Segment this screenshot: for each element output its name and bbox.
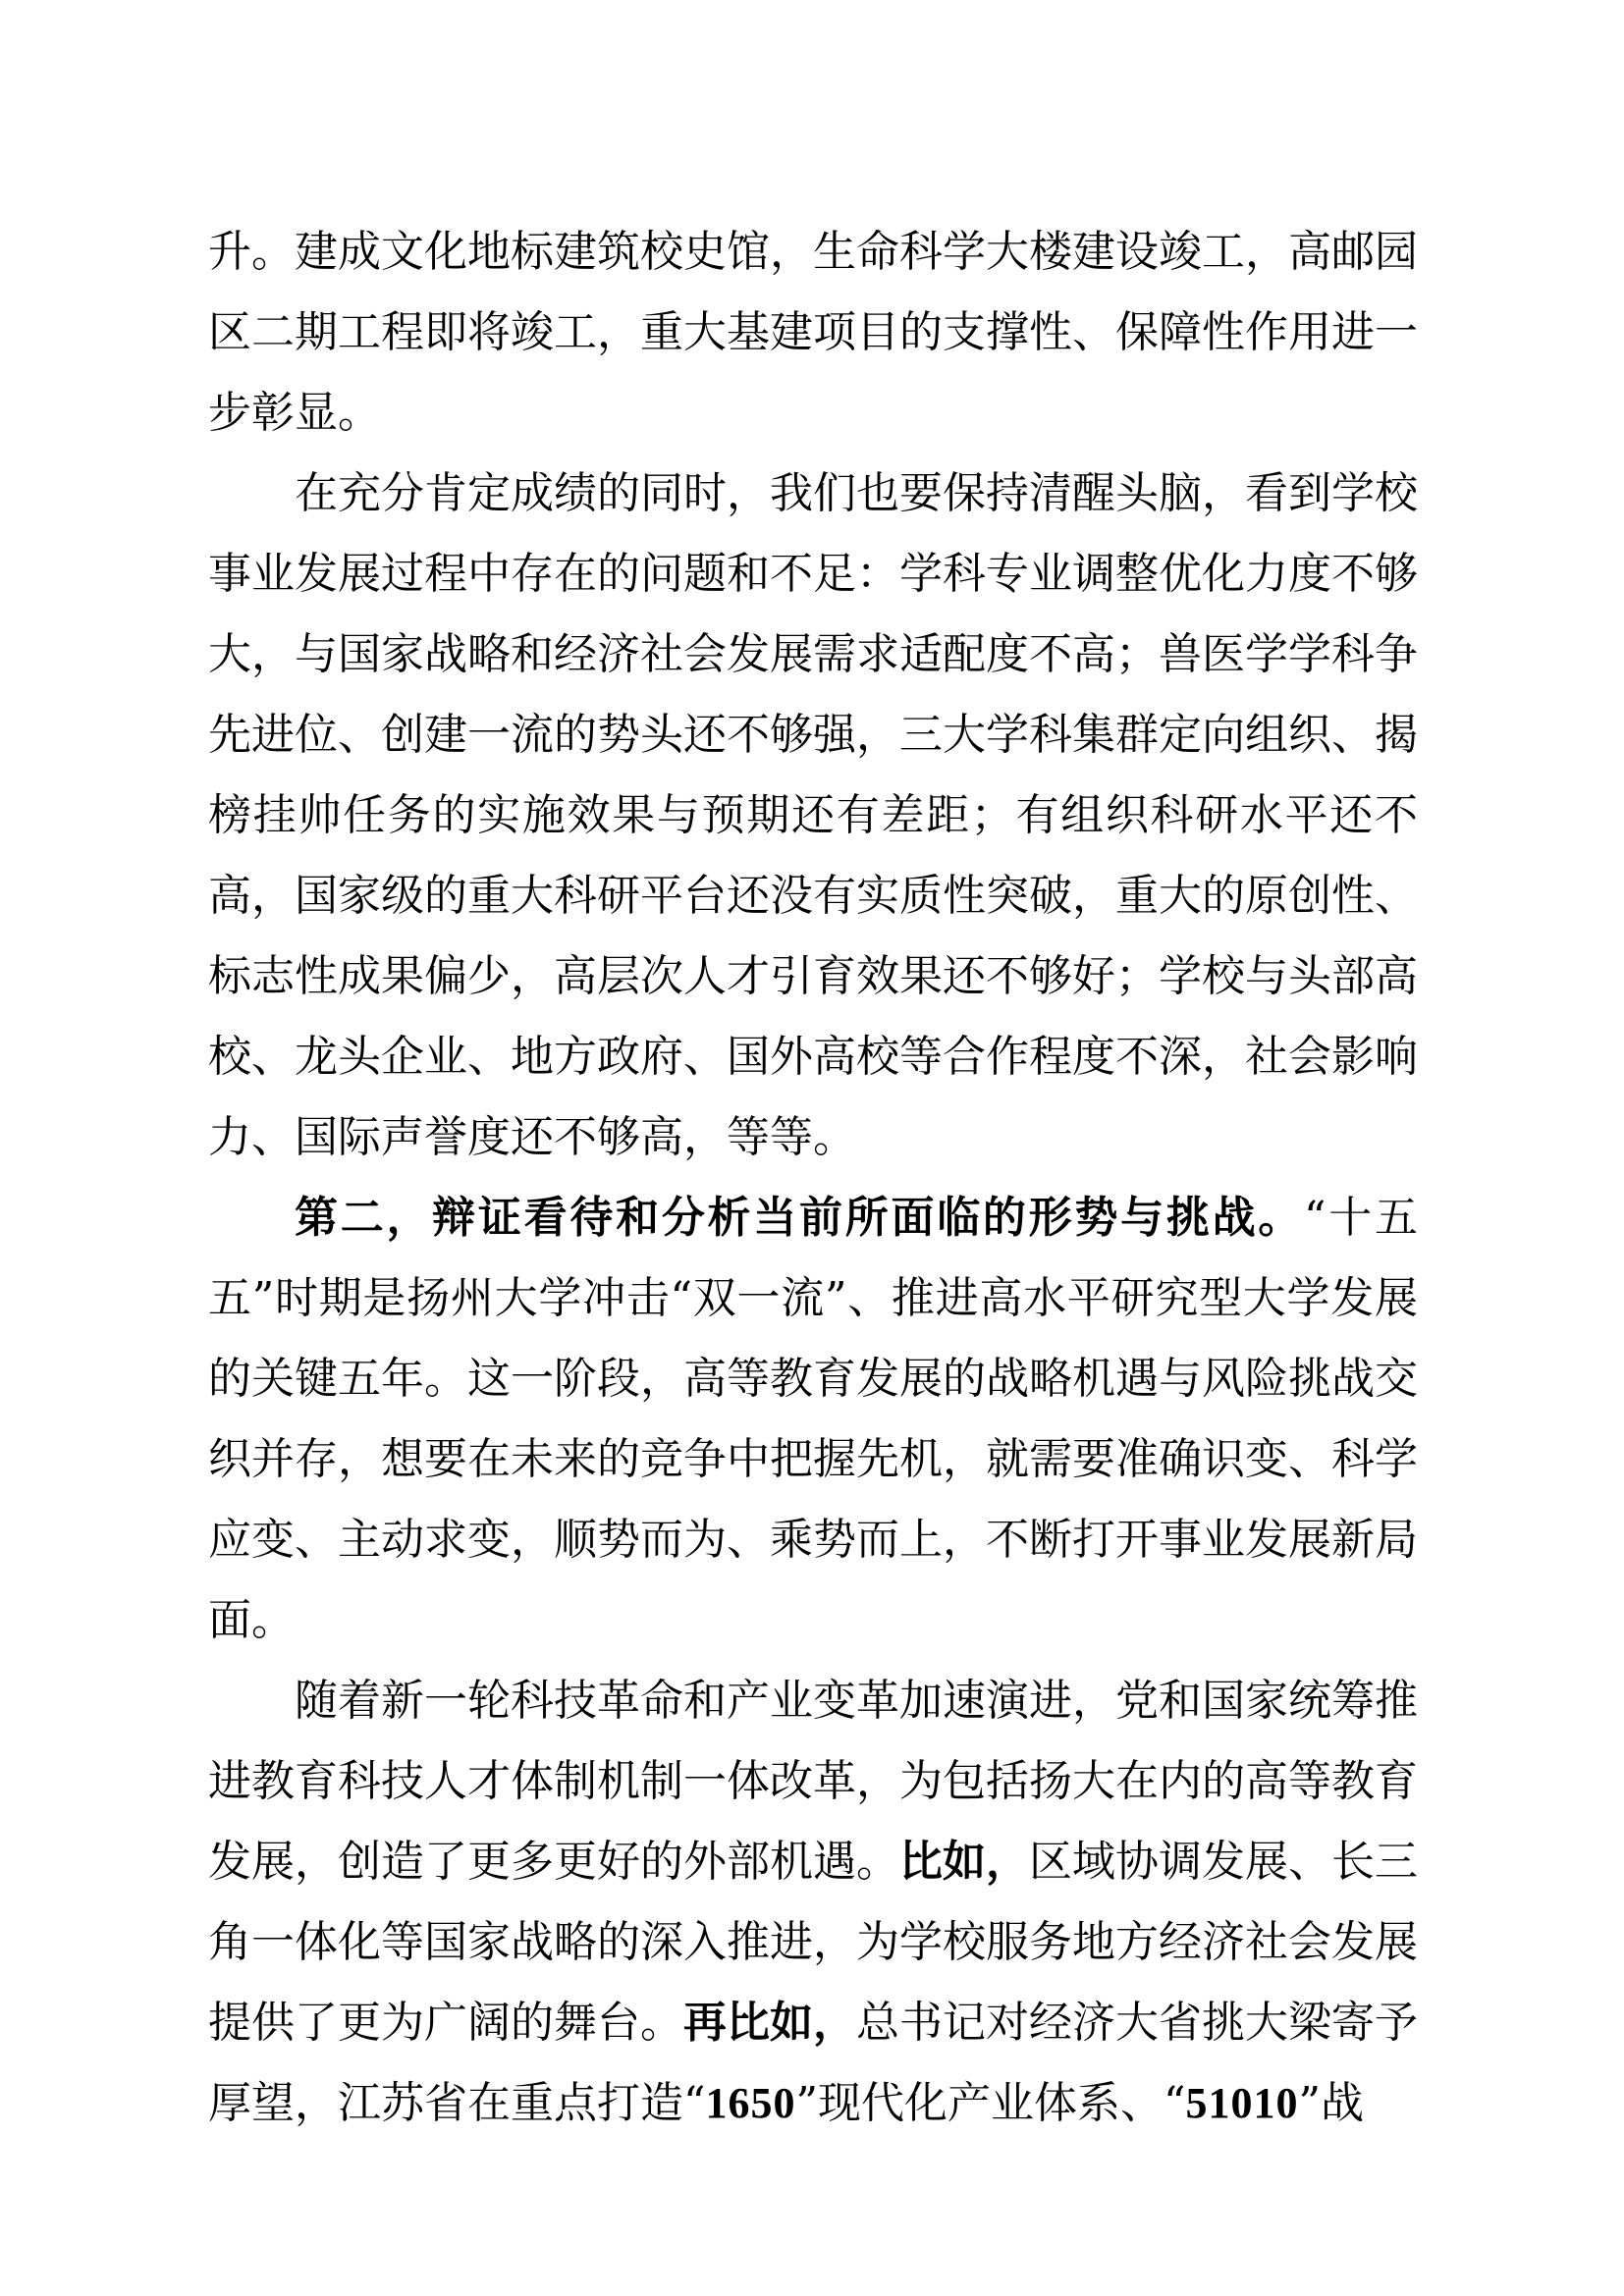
text-run: 升。建成文化地标建筑校史馆，生命科学大楼建设竣工，高邮园区二期工程即将竣工，重大… [208, 227, 1418, 438]
paragraph-4: 随着新一轮科技革命和产业变革加速演进，党和国家统筹推进教育科技人才体制机制一体改… [208, 1661, 1418, 2144]
text-run: ”战 [1299, 2078, 1365, 2128]
text-run: 比如， [899, 1837, 1029, 1887]
text-run: ”现代化产业体系、“ [796, 2078, 1186, 2128]
document-body: 升。建成文化地标建筑校史馆，生命科学大楼建设竣工，高邮园区二期工程即将竣工，重大… [208, 212, 1418, 2144]
paragraph-1: 升。建成文化地标建筑校史馆，生命科学大楼建设竣工，高邮园区二期工程即将竣工，重大… [208, 212, 1418, 454]
text-run: 51010 [1186, 2079, 1299, 2127]
text-run: 1650 [706, 2079, 796, 2127]
document-page: 升。建成文化地标建筑校史馆，生命科学大楼建设竣工，高邮园区二期工程即将竣工，重大… [0, 0, 1624, 2296]
text-run: “十五五”时期是扬州大学冲击“双一流”、推进高水平研究型大学发展的关键五年。这一… [208, 1193, 1418, 1645]
text-run: 再比如， [683, 1998, 856, 2048]
text-run: 第二，辩证看待和分析当前所面临的形势与挑战。 [295, 1193, 1304, 1243]
text-run: 在充分肯定成绩的同时，我们也要保持清醒头脑，看到学校事业发展过程中存在的问题和不… [208, 468, 1418, 1162]
paragraph-2: 在充分肯定成绩的同时，我们也要保持清醒头脑，看到学校事业发展过程中存在的问题和不… [208, 454, 1418, 1178]
paragraph-3: 第二，辩证看待和分析当前所面临的形势与挑战。“十五五”时期是扬州大学冲击“双一流… [208, 1178, 1418, 1661]
